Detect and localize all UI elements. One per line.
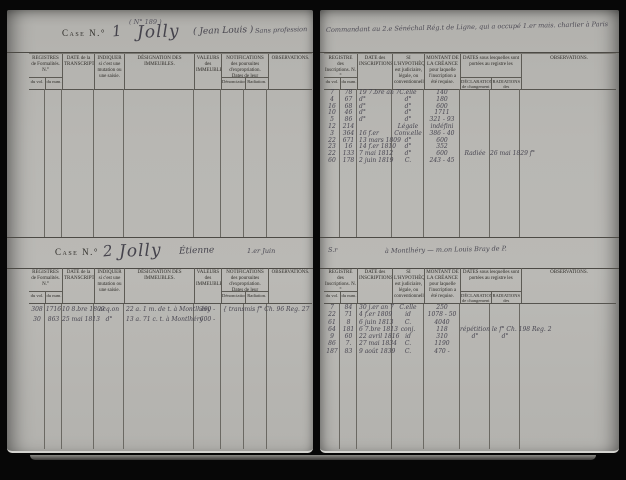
col-registres-title: REGISTRES de Formalités. N.° — [29, 268, 62, 291]
cell-designation: 13 a. 71 c. t. à Montlhéry — [124, 315, 194, 324]
profession-note: Sans profession — [255, 25, 307, 35]
table-row: 7 78 19 7.bre an 7 C.elle 140 — [324, 90, 616, 97]
case2-right-rows: 7 84 30 j.er an 7 C.elle 250 22 71 4 f.e… — [324, 304, 616, 356]
col-registres-title: REGISTRES de Formalités. N.° — [29, 54, 62, 77]
col-registres-sub-num: du num. — [46, 78, 62, 89]
cell-volume: 308 — [29, 305, 45, 314]
col-registres: REGISTRES de Formalités. N.° du vol. du … — [29, 268, 63, 303]
extra-note: 1.er Juin — [247, 247, 275, 255]
book-bottom-edge — [30, 455, 596, 460]
col-notif-denonciation: Dénonciation. — [222, 292, 246, 303]
col-registre-sub-num: du num. — [341, 292, 357, 303]
table-row: 16 68 d° d° 600 — [324, 104, 616, 111]
cell-date: 10 8.bre 1809 — [62, 305, 94, 314]
col-declarations: DÉCLARATIONS de changement de domicile. — [461, 292, 492, 303]
cell-radiation: d° — [490, 334, 520, 341]
col-notif-denonciation: Dénonciation. — [222, 78, 246, 89]
col-registre-sub-num: du num. — [341, 78, 357, 89]
case2-right-column-headers: REGISTRE des Inscriptions. N.° du vol. d… — [324, 268, 616, 304]
table-row: 10 46 d° d° 1711 — [324, 110, 616, 117]
col-designation: DÉSIGNATION DES IMMEUBLES. — [125, 268, 195, 303]
col-registre-sub-vol: du vol. — [324, 78, 341, 89]
case-number: 1 — [111, 22, 122, 41]
case2-right-note: à Montlhéry — m.on Louis Bray de P. — [385, 244, 507, 255]
col-registres: REGISTRES de Formalités. N.° du vol. du … — [29, 54, 63, 89]
firstname: Étienne — [179, 245, 215, 256]
case-number: 2 — [102, 242, 113, 261]
col-observations: OBSERVATIONS. — [269, 268, 312, 303]
cell-notification: { transmis f° Ch. 96 Reg. 27 — [221, 305, 244, 314]
case-label: Case N.° — [62, 28, 106, 38]
column-rules — [29, 89, 312, 237]
col-date-inscriptions: DATE des INSCRIPTIONS. — [358, 268, 393, 303]
cell-mutation-type: acq.on — [94, 305, 124, 314]
case1-right-note: Commandant au 2.e Sénéchal Rég.t de Lign… — [326, 20, 608, 34]
col-notifications-title: NOTIFICATIONS des poursuites d'expropria… — [222, 268, 268, 291]
col-montant: MONTANT DE LA CRÉANCE pour laquelle l'in… — [425, 54, 461, 89]
cell-volume: 187 — [324, 349, 340, 356]
left-page: Case N.° 1 ( N° 189 ) Jolly ( Jean Louis… — [7, 10, 313, 453]
case1-band-left: Case N.° 1 ( N° 189 ) Jolly ( Jean Louis… — [7, 10, 313, 53]
surname: Jolly — [137, 21, 180, 42]
case-label: Case N.° — [55, 247, 99, 257]
col-declarations: DÉCLARATIONS de changement de domicile. — [461, 78, 492, 89]
col-notifications: NOTIFICATIONS des poursuites d'expropria… — [222, 268, 269, 303]
col-registre-title: REGISTRE des Inscriptions. N.° — [324, 268, 357, 291]
col-dates: DATES sous lesquelles sont portées au re… — [461, 54, 522, 89]
col-designation: DÉSIGNATION DES IMMEUBLES. — [125, 54, 195, 89]
col-registre: REGISTRE des Inscriptions. N.° du vol. d… — [324, 268, 358, 303]
col-notifications-title: NOTIFICATIONS des poursuites d'expropria… — [222, 54, 268, 77]
case1-band-right: Commandant au 2.e Sénéchal Rég.t de Lign… — [320, 10, 619, 53]
col-radiations: RADIATIONS des inscriptions. — [492, 292, 522, 303]
cell-numero: 863 — [45, 315, 62, 324]
col-registres-sub-num: du num. — [46, 292, 62, 303]
case2-left-column-headers: REGISTRES de Formalités. N.° du vol. du … — [29, 268, 312, 304]
case2-left-rows: 308 1716 10 8.bre 1809 acq.on 22 a. 1 m.… — [29, 304, 312, 325]
case2-right-lead: S.r — [328, 246, 337, 254]
col-observations: OBSERVATIONS. — [269, 54, 312, 89]
table-row: 4 67 d° d° 180 — [324, 97, 616, 104]
cell-date: 9 août 1839 — [357, 349, 392, 356]
cell-volume: 30 — [29, 315, 45, 324]
table-row: 60 178 2 juin 1819 C. 243 - 45 — [324, 158, 616, 165]
col-registre: REGISTRE des Inscriptions. N.° du vol. d… — [324, 54, 358, 89]
cell-mutation-type: d° — [94, 315, 124, 324]
col-dates-title: DATES sous lesquelles sont portées au re… — [461, 268, 521, 291]
col-observations: OBSERVATIONS. — [522, 268, 616, 303]
cell-numero: 178 — [340, 158, 357, 165]
case1-right-rows: 7 78 19 7.bre an 7 C.elle 140 4 67 d° d°… — [324, 89, 616, 165]
col-montant: MONTANT DE LA CRÉANCE pour laquelle l'in… — [425, 268, 461, 303]
cell-date: d° — [357, 117, 392, 124]
column-rules — [29, 304, 312, 449]
scanned-register-photo: { "case1": { "label": "Case N.°", "numbe… — [0, 0, 626, 480]
col-indiquer: INDIQUER si c'est une mutation ou une sa… — [95, 54, 125, 89]
col-radiations: RADIATIONS des inscriptions. — [492, 78, 522, 89]
col-observations: OBSERVATIONS. — [522, 54, 616, 89]
right-page: Commandant au 2.e Sénéchal Rég.t de Lign… — [320, 10, 619, 453]
col-hypotheque: SI L'HYPOTHÈQUE est judiciaire, légale, … — [393, 54, 425, 89]
case1-right-column-headers: REGISTRE des Inscriptions. N.° du vol. d… — [324, 53, 616, 90]
col-indiquer: INDIQUER si c'est une mutation ou une sa… — [95, 268, 125, 303]
col-date-transcription: DATE de la TRANSCRIPTION. — [63, 268, 95, 303]
col-valeurs: VALEURS des IMMEUBLES. — [195, 54, 222, 89]
cell-montant: 470 - — [424, 349, 460, 356]
col-registres-sub-vol: du vol. — [29, 78, 46, 89]
firstname: ( Jean Louis ) — [193, 25, 254, 37]
case2-left-body: 308 1716 10 8.bre 1809 acq.on 22 a. 1 m.… — [29, 304, 312, 449]
col-registre-title: REGISTRE des Inscriptions. N.° — [324, 54, 357, 77]
cell-declaration: Radiée — [460, 151, 490, 158]
table-row: 5 86 d° d° 321 - 93 — [324, 117, 616, 124]
col-notif-radiation: Radiation. — [246, 78, 269, 89]
case2-band-left: Case N.° 2 Jolly Étienne 1.er Juin — [7, 237, 313, 269]
cell-numero: 1716 — [45, 305, 62, 314]
col-registres-sub-vol: du vol. — [29, 292, 46, 303]
case1-left-column-headers: REGISTRES de Formalités. N.° du vol. du … — [29, 53, 312, 90]
surname: Jolly — [119, 240, 162, 261]
col-dates: DATES sous lesquelles sont portées au re… — [461, 268, 522, 303]
table-row: 187 83 9 août 1839 C. 470 - — [324, 349, 616, 356]
cell-date: 25 mai 1813 — [62, 315, 94, 324]
case2-right-body: 7 84 30 j.er an 7 C.elle 250 22 71 4 f.e… — [324, 304, 616, 449]
cell-valeur: 360 - — [194, 305, 221, 314]
cell-declaration: d° — [460, 334, 490, 341]
cell-date: 2 juin 1819 — [357, 158, 392, 165]
table-row: 308 1716 10 8.bre 1809 acq.on 22 a. 1 m.… — [29, 305, 312, 315]
cell-montant: 243 - 45 — [424, 158, 460, 165]
col-valeurs: VALEURS des IMMEUBLES. — [195, 268, 222, 303]
table-row: 30 863 25 mai 1813 d° 13 a. 71 c. t. à M… — [29, 315, 312, 325]
cell-hypotheque-type: C. — [392, 158, 424, 165]
col-hypotheque: SI L'HYPOTHÈQUE est judiciaire, légale, … — [393, 268, 425, 303]
col-date-inscriptions: DATE des INSCRIPTIONS. — [358, 54, 393, 89]
cell-hypotheque-type: C. — [392, 349, 424, 356]
cell-radiation: 26 mai 1829 f° — [490, 151, 520, 158]
col-date-transcription: DATE de la TRANSCRIPTION. — [63, 54, 95, 89]
case1-left-body — [29, 89, 312, 237]
col-notifications: NOTIFICATIONS des poursuites d'expropria… — [222, 54, 269, 89]
cell-valeur: 600 - — [194, 315, 221, 324]
cell-numero: 83 — [340, 349, 357, 356]
col-notif-radiation: Radiation. — [246, 292, 269, 303]
col-dates-title: DATES sous lesquelles sont portées au re… — [461, 54, 521, 77]
cell-designation: 22 a. 1 m. de t. à Montlhéry — [124, 305, 194, 314]
col-registre-sub-vol: du vol. — [324, 292, 341, 303]
cell-volume: 60 — [324, 158, 340, 165]
case1-right-body: 7 78 19 7.bre an 7 C.elle 140 4 67 d° d°… — [324, 89, 616, 237]
case2-band-right: S.r à Montlhéry — m.on Louis Bray de P. — [320, 237, 619, 269]
